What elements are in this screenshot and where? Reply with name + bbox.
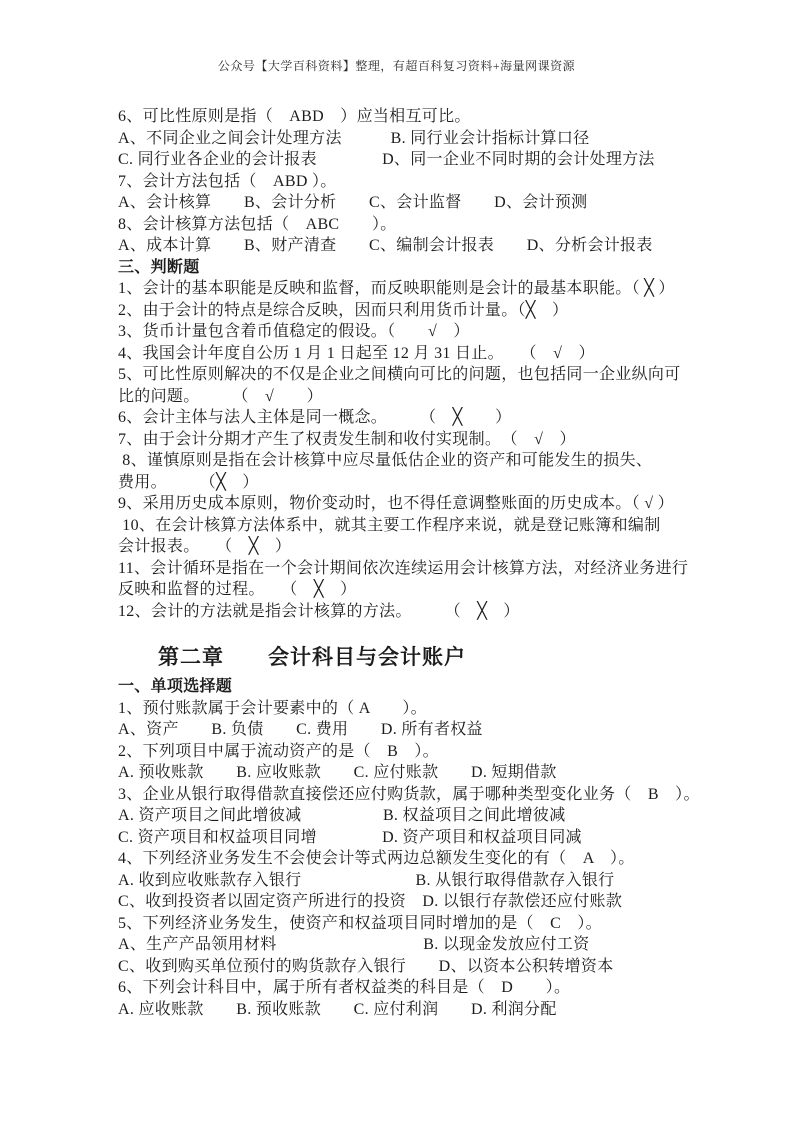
document-line: 比的问题。 （ √ ） — [118, 386, 718, 408]
document-line: 8、谨慎原则是指在会计核算中应尽量低估企业的资产和可能发生的损失、 — [118, 450, 718, 472]
document-line: 12、会计的方法就是指会计核算的方法。 （ ╳ ） — [118, 601, 718, 623]
document-line: C、收到投资者以固定资产所进行的投资 D. 以银行存款偿还应付账款 — [118, 891, 718, 913]
document-line: C. 同行业各企业的会计报表 D、同一企业不同时期的会计处理方法 — [118, 149, 718, 171]
document-line: C. 资产项目和权益项目同增 D. 资产项目和权益项目同减 — [118, 827, 718, 849]
document-body: 6、可比性原则是指（ ABD ）应当相互可比。A、不同企业之间会计处理方法 B.… — [118, 106, 718, 1020]
document-line: A、会计核算 B、会计分析 C、会计监督 D、会计预测 — [118, 192, 718, 214]
document-line: 会计报表。 （ ╳ ） — [118, 536, 718, 558]
document-line: 3、货币计量包含着币值稳定的假设。（ √ ） — [118, 321, 718, 343]
document-line: A、不同企业之间会计处理方法 B. 同行业会计指标计算口径 — [118, 128, 718, 150]
document-line: 7、会计方法包括（ ABD ）。 — [118, 171, 718, 193]
document-line: 1、会计的基本职能是反映和监督，而反映职能则是会计的最基本职能。（ ╳ ） — [118, 278, 718, 300]
document-line: A. 应收账款 B. 预收账款 C. 应付利润 D. 利润分配 — [118, 999, 718, 1021]
section-heading: 一、单项选择题 — [118, 676, 718, 698]
document-line: 6、可比性原则是指（ ABD ）应当相互可比。 — [118, 106, 718, 128]
document-line: A、资产 B. 负债 C. 费用 D. 所有者权益 — [118, 719, 718, 741]
document-line: C、收到购买单位预付的购货款存入银行 D、以资本公积转增资本 — [118, 956, 718, 978]
document-line: 6、会计主体与法人主体是同一概念。 （ ╳ ） — [118, 407, 718, 429]
document-line: 2、下列项目中属于流动资产的是（ B ）。 — [118, 741, 718, 763]
document-line: A. 收到应收账款存入银行 B. 从银行取得借款存入银行 — [118, 870, 718, 892]
document-line: A. 资产项目之间此增彼减 B. 权益项目之间此增彼减 — [118, 805, 718, 827]
section-heading: 三、判断题 — [118, 257, 718, 279]
page-header-watermark: 公众号【大学百科资料】整理，有超百科复习资料+海量网课资源 — [0, 57, 793, 74]
document-line: 2、由于会计的特点是综合反映，因而只利用货币计量。（╳ ） — [118, 300, 718, 322]
document-line: A、生产产品领用材料 B. 以现金发放应付工资 — [118, 934, 718, 956]
chapter-heading: 第二章 会计科目与会计账户 — [118, 643, 718, 671]
document-line: 6、下列会计科目中，属于所有者权益类的科目是（ D ）。 — [118, 977, 718, 999]
document-line: 4、下列经济业务发生不会使会计等式两边总额发生变化的有（ A ）。 — [118, 848, 718, 870]
document-line: 5、可比性原则解决的不仅是企业之间横向可比的问题，也包括同一企业纵向可 — [118, 364, 718, 386]
document-page: 公众号【大学百科资料】整理，有超百科复习资料+海量网课资源 6、可比性原则是指（… — [0, 0, 793, 1122]
document-line: 10、在会计核算方法体系中，就其主要工作程序来说，就是登记账簿和编制 — [118, 515, 718, 537]
document-line: 8、会计核算方法包括（ ABC ）。 — [118, 214, 718, 236]
document-line: 4、我国会计年度自公历 1 月 1 日起至 12 月 31 日止。 （ √ ） — [118, 343, 718, 365]
document-line: 反映和监督的过程。 （ ╳ ） — [118, 579, 718, 601]
document-line: 1、预付账款属于会计要素中的（ A ）。 — [118, 698, 718, 720]
document-line: 11、会计循环是指在一个会计期间依次连续运用会计核算方法，对经济业务进行 — [118, 558, 718, 580]
document-line: 5、下列经济业务发生，使资产和权益项目同时增加的是（ C ）。 — [118, 913, 718, 935]
document-line: 7、由于会计分期才产生了权责发生制和收付实现制。 （ √ ） — [118, 429, 718, 451]
document-line: A、成本计算 B、财产清查 C、编制会计报表 D、分析会计报表 — [118, 235, 718, 257]
document-line: A. 预收账款 B. 应收账款 C. 应付账款 D. 短期借款 — [118, 762, 718, 784]
document-line: 9、采用历史成本原则，物价变动时，也不得任意调整账面的历史成本。（ √ ） — [118, 493, 718, 515]
document-line: 费用。 （╳ ） — [118, 472, 718, 494]
document-line: 3、企业从银行取得借款直接偿还应付购货款，属于哪种类型变化业务（ B ）。 — [118, 784, 718, 806]
